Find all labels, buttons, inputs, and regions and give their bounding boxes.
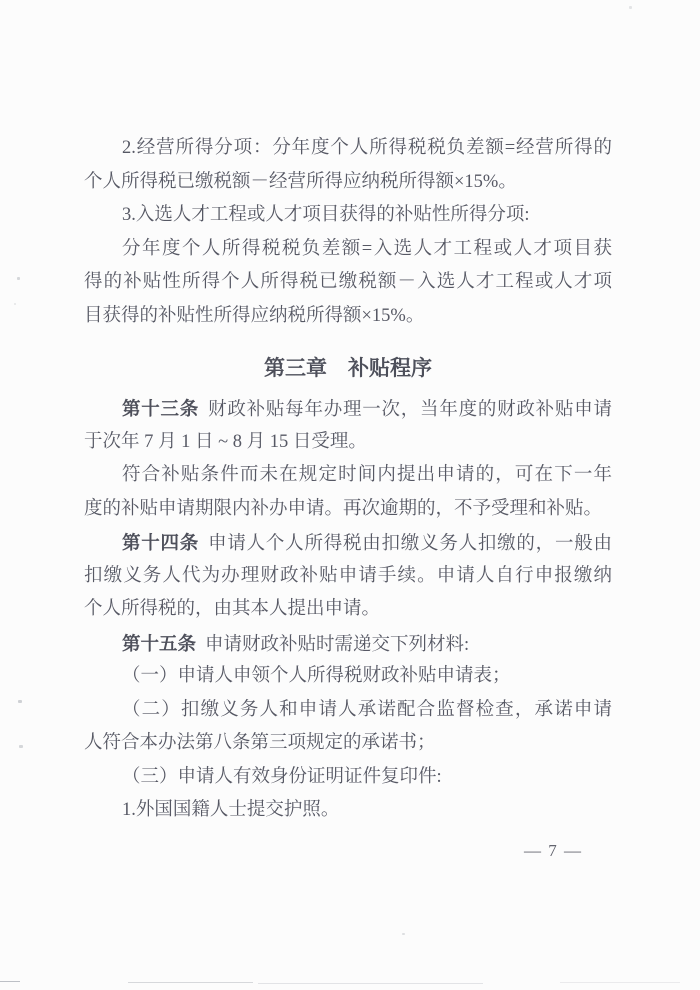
article-number: 第十四条	[122, 532, 199, 553]
scan-speck	[19, 745, 23, 748]
scan-speck	[402, 933, 405, 935]
scan-speck	[18, 700, 22, 703]
text-line: （一）申请人申领个人所得税财政补贴申请表；	[84, 660, 612, 694]
text-line: 个人所得税已缴税额－经营所得应纳税所得额×15%。	[84, 166, 612, 200]
text-line: 目获得的补贴性所得应纳税所得额×15%。	[84, 300, 612, 334]
scan-speck	[14, 303, 16, 305]
text-line: 符合补贴条件而未在规定时间内提出申请的，可在下一年	[84, 459, 612, 493]
text-line: 于次年 7 月 1 日 ~ 8 月 15 日受理。	[84, 426, 612, 460]
page-number: — 7 —	[524, 841, 583, 861]
article-number: 第十三条	[122, 398, 199, 419]
document-body: 2.经营所得分项：分年度个人所得税税负差额=经营所得的个人所得税已缴税额－经营所…	[84, 132, 612, 828]
scan-edge-line	[258, 983, 483, 984]
text-line: 得的补贴性所得个人所得税已缴税额－入选人才工程或人才项	[84, 266, 612, 300]
text-line: 第十五条申请财政补贴时需递交下列材料:	[84, 627, 612, 661]
scan-speck	[629, 6, 632, 9]
scan-edge-line	[560, 982, 680, 983]
text-line: 扣缴义务人代为办理财政补贴申请手续。申请人自行申报缴纳	[84, 560, 612, 594]
text-line: 第十三条财政补贴每年办理一次，当年度的财政补贴申请	[84, 392, 612, 426]
text-line: 1.外国国籍人士提交护照。	[84, 794, 612, 828]
scan-speck	[17, 277, 20, 280]
text-line: （三）申请人有效身份证明证件复印件:	[84, 761, 612, 795]
scan-edge-line	[0, 981, 20, 982]
text-line: 3.入选人才工程或人才项目获得的补贴性所得分项:	[84, 199, 612, 233]
scan-edge-line	[128, 982, 253, 983]
article-number: 第十五条	[122, 633, 196, 654]
text-line: 个人所得税的，由其本人提出申请。	[84, 593, 612, 627]
text-line: 人符合本办法第八条第三项规定的承诺书；	[84, 727, 612, 761]
scanned-document-page: 2.经营所得分项：分年度个人所得税税负差额=经营所得的个人所得税已缴税额－经营所…	[0, 0, 700, 990]
text-line: 度的补贴申请期限内补办申请。再次逾期的，不予受理和补贴。	[84, 493, 612, 527]
text-line: （二）扣缴义务人和申请人承诺配合监督检查，承诺申请	[84, 694, 612, 728]
text-line: 分年度个人所得税税负差额=入选人才工程或人才项目获	[84, 233, 612, 267]
text-line: 第十四条申请人个人所得税由扣缴义务人扣缴的，一般由	[84, 526, 612, 560]
chapter-heading: 第三章 补贴程序	[84, 352, 612, 386]
text-line: 2.经营所得分项：分年度个人所得税税负差额=经营所得的	[84, 132, 612, 166]
